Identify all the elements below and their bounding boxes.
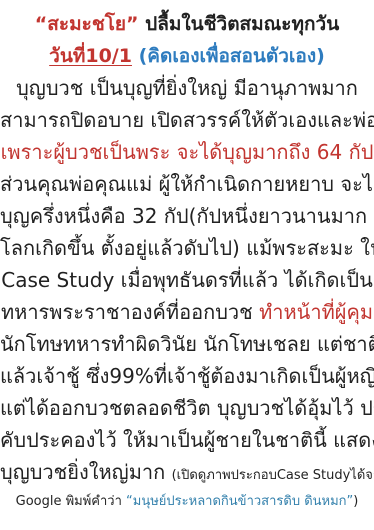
text-segment: แต่ได้ออกบวชตลอดชีวิต บุญบวชได้อุ้มไว้ ป… — [0, 396, 374, 420]
body-line: Case Study เมื่อพุทธันดรที่แล้ว ได้เกิดเ… — [0, 264, 374, 296]
text-segment: (เปิดดูภาพประกอบCase Studyได้จาก — [172, 468, 374, 483]
text-segment: เพราะผู้บวชเป็นพระ จะได้บุญมากถึง 64 กัป — [1, 140, 374, 164]
text-segment: ปลื้มในชีวิตสมณะทุกวัน — [139, 13, 340, 35]
text-segment: คับประคองไว้ ให้มาเป็นผู้ชายในชาตินี้ แส… — [0, 428, 374, 452]
body-line: แต่ได้ออกบวชตลอดชีวิต บุญบวชได้อุ้มไว้ ป… — [0, 392, 374, 424]
body-line: นักโทษทหารทำผิดวินัย นักโทษเชลย แต่ชาติท… — [0, 328, 374, 360]
text-segment: บุญครึ่งหนึ่งคือ 32 กัป(กัปหนึ่งยาวนานมา… — [0, 204, 374, 228]
body-line-highlight: เพราะผู้บวชเป็นพระ จะได้บุญมากถึง 64 กัป — [0, 136, 374, 168]
body-line: โลกเกิดขึ้น ตั้งอยู่แล้วดับไป) แม้พระสะม… — [0, 232, 374, 264]
body-line-highlight: ทหารพระราชาองค์ที่ออกบวช ทำหน้าที่ผู้คุม — [0, 296, 374, 328]
text-segment: แล้วเจ้าชู้ ซึ่ง99%ที่เจ้าชู้ต้องมาเกิดเ… — [0, 364, 374, 388]
text-segment: ทหารพระราชาองค์ที่ออกบวช — [1, 300, 259, 324]
conclusion-line: บุญบวชยิ่งใหญ่มาก (เปิดดูภาพประกอบCase S… — [0, 456, 374, 488]
title-line: “สะมะชโย” ปลื้มในชีวิตสมณะทุกวัน — [0, 8, 374, 40]
page: “สะมะชโย” ปลื้มในชีวิตสมณะทุกวันวันที่10… — [0, 0, 374, 530]
text-segment: บุญบวช เป็นบุญที่ยิ่งใหญ่ มีอานุภาพมาก — [16, 76, 358, 100]
text-segment: สามารถปิดอบาย เปิดสวรรค์ให้ตัวเองและพ่อแ… — [0, 108, 374, 132]
body-line: บุญบวช เป็นบุญที่ยิ่งใหญ่ มีอานุภาพมาก — [0, 72, 374, 104]
date-line: วันที่10/1 (คิดเองเพื่อสอนตัวเอง) — [0, 40, 374, 72]
text-segment: Google พิมพ์คำว่า — [16, 494, 126, 509]
text-segment: Case Study เมื่อพุทธันดรที่แล้ว ได้เกิดเ… — [1, 268, 373, 292]
text-segment: ส่วนคุณพ่อคุณแม่ ผู้ให้กำเนิดกายหยาบ จะไ… — [0, 172, 374, 196]
text-segment: (คิดเองเพื่อสอนตัวเอง) — [132, 45, 325, 67]
body-line: แล้วเจ้าชู้ ซึ่ง99%ที่เจ้าชู้ต้องมาเกิดเ… — [0, 360, 374, 392]
text-segment: “สะมะชโย” — [35, 13, 139, 35]
body-line: สามารถปิดอบาย เปิดสวรรค์ให้ตัวเองและพ่อแ… — [0, 104, 374, 136]
text-segment: บุญบวชยิ่งใหญ่มาก — [0, 460, 172, 484]
footnote-line: Google พิมพ์คำว่า “มนุษย์ประหลาดกินข้าวส… — [0, 488, 374, 516]
text-segment: นักโทษทหารทำผิดวินัย นักโทษเชลย แต่ชาติท… — [0, 332, 374, 356]
document-body: “สะมะชโย” ปลื้มในชีวิตสมณะทุกวันวันที่10… — [0, 8, 374, 516]
text-segment: ) — [353, 494, 358, 509]
text-segment: วันที่10/1 — [49, 45, 132, 67]
text-segment: ทำหน้าที่ผู้คุม — [259, 300, 373, 324]
text-segment: “มนุษย์ประหลาดกินข้าวสารดิบ ดินหมก” — [126, 494, 353, 509]
text-segment: โลกเกิดขึ้น ตั้งอยู่แล้วดับไป) แม้พระสะม… — [0, 236, 374, 260]
body-line: คับประคองไว้ ให้มาเป็นผู้ชายในชาตินี้ แส… — [0, 424, 374, 456]
body-line: ส่วนคุณพ่อคุณแม่ ผู้ให้กำเนิดกายหยาบ จะไ… — [0, 168, 374, 200]
body-line: บุญครึ่งหนึ่งคือ 32 กัป(กัปหนึ่งยาวนานมา… — [0, 200, 374, 232]
